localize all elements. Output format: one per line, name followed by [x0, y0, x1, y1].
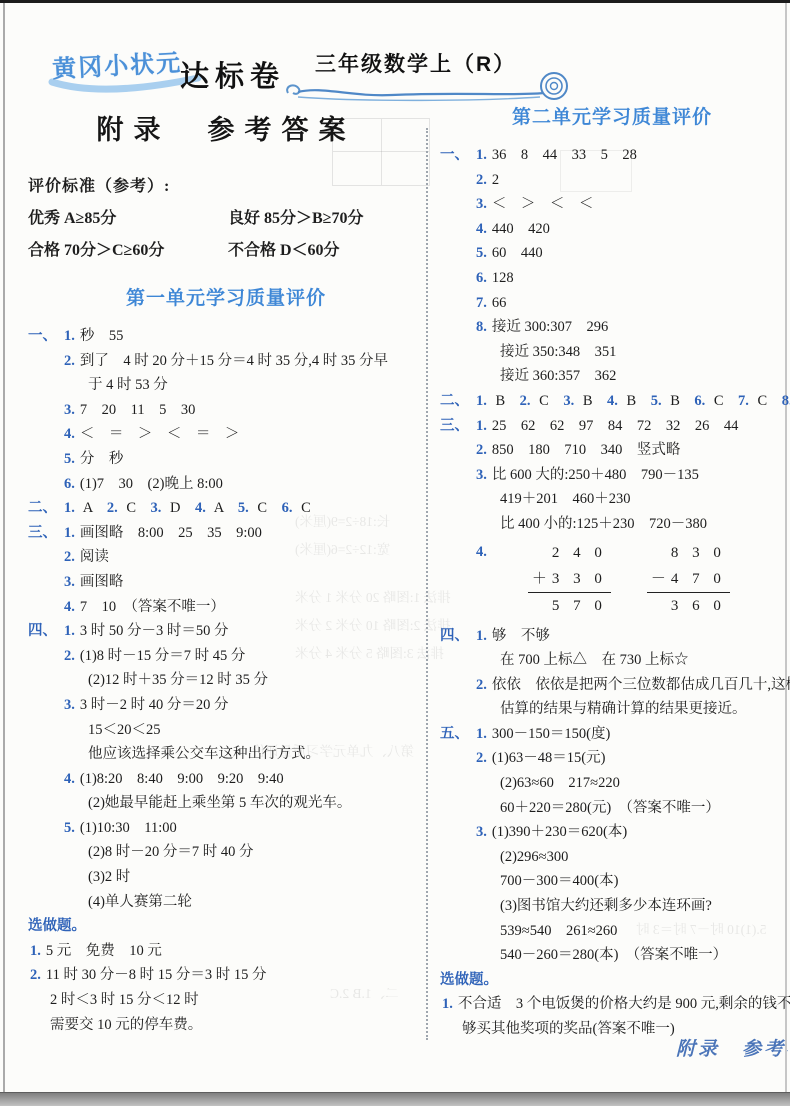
item-number: 1.	[476, 418, 492, 434]
answer-line: 估算的结果与精确计算的结果更接近。	[440, 697, 784, 722]
answer-line: 3.＜ ＞ ＜ ＜	[440, 192, 784, 217]
criteria-heading: 评价标准（参考）:	[28, 171, 424, 203]
item-number: 4.	[607, 393, 623, 409]
answer-text: 选做题。	[28, 918, 86, 934]
section-marker: 二、	[440, 389, 476, 414]
answer-line: 3.比 600 大的:250＋480 790－135	[440, 463, 784, 488]
item-number: 3.	[476, 196, 492, 212]
answer-text: (1)8:20 8:40 9:00 9:20 9:40	[80, 771, 284, 787]
item-number: 5.	[651, 393, 667, 409]
answer-text: 539≈540 261≈260	[500, 923, 617, 939]
arithmetic-operator-row: ＋3 3 0	[528, 566, 611, 593]
answer-worked-columns: 4.2 4 0＋3 3 05 7 08 3 0－4 7 03 6 0	[440, 540, 784, 619]
answer-text: 在 700 上标△ 在 730 上标☆	[500, 652, 689, 668]
answer-text: 2	[492, 172, 499, 188]
bleedthrough-text: 排法 3:图略 5 分米 4 分米	[295, 642, 444, 662]
answer-line: (2)63≈60 217≈220	[440, 771, 784, 796]
item-number: 2.	[476, 750, 492, 766]
unit2-heading: 第二单元学习质量评价	[440, 102, 784, 129]
answer-line: 2.(1)63－48＝15(元)	[440, 746, 784, 771]
item-number: 6.	[64, 476, 80, 492]
answer-line: 419＋201 460＋230	[440, 487, 784, 512]
section-marker: 三、	[28, 521, 64, 546]
answer-text: 128	[492, 270, 514, 286]
item-number: 2.	[64, 549, 80, 565]
unit2-answers: 一、1.36 8 44 33 5 282.23.＜ ＞ ＜ ＜4.440 420…	[440, 143, 784, 1042]
criteria-cell: 不合格 D＜60分	[228, 235, 340, 267]
section-marker: 五、	[440, 722, 476, 747]
answer-line: 4.＜ ＝ ＞ ＜ ＝ ＞	[28, 422, 424, 447]
answer-text: 不合适 3 个电饭煲的价格大约是 900 元,剩余的钱不	[458, 996, 790, 1012]
appendix-title: 附录 参考答案	[28, 108, 424, 147]
item-number: 5.	[64, 451, 80, 467]
item-number: 8.	[782, 393, 790, 409]
answer-line: 5.分 秒	[28, 447, 424, 472]
item-number: 4.	[64, 771, 80, 787]
item-number: 1.	[476, 726, 492, 742]
answer-text: A	[80, 500, 107, 516]
answer-line: 8.接近 300:307 296	[440, 315, 784, 340]
item-number: 1.	[476, 628, 492, 644]
arithmetic-operator-row: －4 7 0	[647, 566, 730, 593]
answer-text: (2)296≈300	[500, 849, 568, 865]
answer-text: B	[623, 393, 651, 409]
item-number: 1.	[64, 525, 80, 541]
answer-text: (4)单人赛第二轮	[88, 894, 192, 910]
item-number: 1.	[64, 500, 80, 516]
item-number: 2.	[520, 393, 536, 409]
answer-text: 3 时 50 分－3 时＝50 分	[80, 623, 229, 639]
item-number: 1.	[64, 623, 80, 639]
answer-page: 黄冈小状元 达标卷 三年级数学上（R） 附录 参考答案 评价标准（参考）: 优秀…	[0, 0, 790, 1106]
answer-text: B	[492, 393, 520, 409]
answer-text: 到了 4 时 20 分＋15 分＝4 时 35 分,4 时 35 分早	[80, 353, 388, 369]
answer-text: ＜ ＞ ＜ ＜	[492, 196, 594, 212]
answer-text: C	[536, 393, 564, 409]
answer-text: 够买其他奖项的奖品(答案不唯一)	[462, 1021, 675, 1037]
bleedthrough-text: 宽:12÷2=6(厘米)	[295, 538, 390, 558]
item-number: 2.	[64, 353, 80, 369]
item-number: 4.	[476, 540, 492, 619]
bleedthrough-text: 排法 2:图略 10 分米 2 分米	[295, 614, 451, 634]
answer-text: 419＋201 460＋230	[500, 491, 631, 507]
item-number: 5.	[64, 820, 80, 836]
answer-line: (2)12 时＋35 分＝12 时 35 分	[28, 668, 424, 693]
answer-line: 比 400 小的:125＋230 720－380	[440, 512, 784, 537]
item-number: 3.	[563, 393, 579, 409]
section-marker: 二、	[28, 496, 64, 521]
answer-text: 15＜20＜25	[88, 722, 161, 738]
answer-text: 接近 350:348 351	[500, 344, 616, 360]
answer-text: (1)390＋230＝620(本)	[492, 824, 627, 840]
answer-text: 25 62 62 97 84 72 32 26 44	[492, 418, 739, 434]
section-marker: 三、	[440, 414, 476, 439]
scan-edge-right	[785, 3, 787, 1093]
bleedthrough-text: 第八、九单元学习质量评价	[252, 740, 414, 760]
item-number: 2.	[476, 172, 492, 188]
answer-text: 够 不够	[492, 628, 550, 644]
arithmetic-result: 3 6 0	[647, 593, 730, 619]
unit1-heading: 第一单元学习质量评价	[28, 283, 424, 310]
answer-line: 4.(1)8:20 8:40 9:00 9:20 9:40	[28, 767, 424, 792]
answer-line: 2.2	[440, 168, 784, 193]
criteria-cell: 合格 70分＞C≥60分	[28, 235, 224, 267]
item-number: 2.	[30, 967, 46, 983]
arithmetic-result: 5 7 0	[528, 593, 611, 619]
scan-edge-top	[0, 0, 790, 3]
answer-line: 1.5 元 免费 10 元	[28, 939, 424, 964]
item-number: 6.	[476, 270, 492, 286]
answer-text: 60＋220＝280(元) （答案不唯一）	[500, 800, 720, 816]
answer-line: 5.60 440	[440, 241, 784, 266]
optional-section-heading: 选做题。	[440, 968, 784, 993]
answer-text: 60 440	[492, 245, 543, 261]
answer-line: 3.3 时－2 时 40 分＝20 分	[28, 693, 424, 718]
criteria-row: 合格 70分＞C≥60分 不合格 D＜60分	[28, 235, 424, 267]
answer-text: B	[579, 393, 607, 409]
answer-text: ＜ ＝ ＞ ＜ ＝ ＞	[80, 426, 240, 442]
answer-line: 3.7 20 11 5 30	[28, 398, 424, 423]
answer-line: 4.440 420	[440, 217, 784, 242]
item-number: 3.	[476, 824, 492, 840]
answer-text: C	[754, 393, 782, 409]
answer-text: (1)10:30 11:00	[80, 820, 177, 836]
answer-line: 7.66	[440, 291, 784, 316]
answer-text: 比 400 小的:125＋230 720－380	[500, 516, 707, 532]
item-number: 4.	[64, 599, 80, 615]
answer-line: 6.(1)7 30 (2)晚上 8:00	[28, 472, 424, 497]
item-number: 3.	[64, 574, 80, 590]
grading-criteria: 评价标准（参考）: 优秀 A≥85分 良好 85分＞B≥70分 合格 70分＞C…	[28, 171, 424, 267]
section-marker: 一、	[440, 143, 476, 168]
item-number: 1.	[442, 996, 458, 1012]
answer-line: 接近 350:348 351	[440, 340, 784, 365]
scan-edge-left	[3, 3, 5, 1093]
answer-line: 5.(1)10:30 11:00	[28, 816, 424, 841]
bleedthrough-text: 二、1.B 2.C	[330, 982, 399, 1002]
answer-line: 3.(1)390＋230＝620(本)	[440, 820, 784, 845]
item-number: 3.	[476, 467, 492, 483]
brand-series-title: 达标卷	[180, 54, 285, 95]
item-number: 2.	[64, 648, 80, 664]
answer-text: (1)7 30 (2)晚上 8:00	[80, 476, 223, 492]
item-number: 3.	[64, 697, 80, 713]
answer-text: (3)图书馆大约还剩多少本连环画?	[500, 898, 712, 914]
answer-line: (2)8 时－20 分＝7 时 40 分	[28, 840, 424, 865]
answer-line: (2)她最早能赶上乘坐第 5 车次的观光车。	[28, 791, 424, 816]
item-number: 1.	[476, 147, 492, 163]
answer-line: 15＜20＜25	[28, 718, 424, 743]
answer-line: 2.依依 依依是把两个三位数都估成几百几十,这样	[440, 673, 784, 698]
brand-logo: 黄冈小状元	[51, 43, 183, 85]
answer-line: (4)单人赛第二轮	[28, 890, 424, 915]
bleedthrough-text: 5.(1)10 时－7 时＝3 时	[636, 918, 767, 938]
answer-line: 五、1.300－150＝150(度)	[440, 722, 784, 747]
item-number: 5.	[476, 245, 492, 261]
answer-line: 一、1.36 8 44 33 5 28	[440, 143, 784, 168]
item-number: 6.	[694, 393, 710, 409]
item-number: 4.	[476, 221, 492, 237]
answer-text: 300－150＝150(度)	[492, 726, 610, 742]
book-edition-title: 三年级数学上（R）	[315, 48, 516, 78]
item-number: 4.	[195, 500, 211, 516]
item-number: 3.	[151, 500, 167, 516]
answer-line: 2.到了 4 时 20 分＋15 分＝4 时 35 分,4 时 35 分早	[28, 349, 424, 374]
item-number: 1.	[30, 943, 46, 959]
answer-line: 三、1.25 62 62 97 84 72 32 26 44	[440, 414, 784, 439]
item-number: 2.	[476, 442, 492, 458]
section-marker: 一、	[28, 324, 64, 349]
column-arithmetic: 2 4 0＋3 3 05 7 0	[528, 540, 611, 619]
right-column: 第二单元学习质量评价 一、1.36 8 44 33 5 282.23.＜ ＞ ＜…	[432, 100, 784, 1090]
answer-line: (3)图书馆大约还剩多少本连环画?	[440, 894, 784, 919]
answer-line: 在 700 上标△ 在 730 上标☆	[440, 648, 784, 673]
answer-text: 2 时＜3 时 15 分＜12 时	[50, 992, 199, 1008]
answer-text: 比 600 大的:250＋480 790－135	[492, 467, 699, 483]
item-number: 1.	[64, 328, 80, 344]
answer-text: 5 元 免费 10 元	[46, 943, 162, 959]
item-number: 5.	[238, 500, 254, 516]
answer-text: C	[710, 393, 738, 409]
answer-text: (1)63－48＝15(元)	[492, 750, 606, 766]
criteria-cell: 优秀 A≥85分	[28, 203, 224, 235]
item-number: 8.	[476, 319, 492, 335]
criteria-row: 优秀 A≥85分 良好 85分＞B≥70分	[28, 203, 424, 235]
answer-text: (2)8 时－20 分＝7 时 40 分	[88, 844, 254, 860]
answer-text: 700－300＝400(本)	[500, 873, 618, 889]
answer-line: 于 4 时 53 分	[28, 373, 424, 398]
answer-line: 2.850 180 710 340 竖式略	[440, 438, 784, 463]
criteria-cell: 良好 85分＞B≥70分	[228, 203, 363, 235]
answer-text: 分 秒	[80, 451, 124, 467]
answer-text: 66	[492, 295, 507, 311]
answer-text: 阅读	[80, 549, 109, 565]
item-number: 3.	[64, 402, 80, 418]
answer-line: 接近 360:357 362	[440, 364, 784, 389]
answer-line: 6.128	[440, 266, 784, 291]
answer-text: 估算的结果与精确计算的结果更接近。	[500, 701, 747, 717]
answer-text: B	[667, 393, 695, 409]
item-number: 1.	[476, 393, 492, 409]
answer-text: 秒 55	[80, 328, 124, 344]
answer-text: 36 8 44 33 5 28	[492, 147, 637, 163]
answer-text: A	[211, 500, 238, 516]
answer-text: 接近 300:307 296	[492, 319, 608, 335]
optional-section-heading: 选做题。	[28, 914, 424, 939]
item-number: 7.	[476, 295, 492, 311]
answer-text: 接近 360:357 362	[500, 368, 616, 384]
arithmetic-operand: 2 4 0	[528, 540, 611, 566]
bleedthrough-text: 排法 1:图略 20 分米 1 分米	[295, 586, 451, 606]
answer-text: 7 10 （答案不唯一）	[80, 599, 225, 615]
scan-edge-bottom	[0, 1092, 790, 1106]
answer-text: 3 时－2 时 40 分＝20 分	[80, 697, 229, 713]
item-number: 7.	[738, 393, 754, 409]
answer-text: D	[166, 500, 195, 516]
item-number: 4.	[64, 426, 80, 442]
column-divider	[426, 128, 428, 1040]
item-number: 2.	[107, 500, 123, 516]
answer-line: 1.不合适 3 个电饭煲的价格大约是 900 元,剩余的钱不	[440, 992, 784, 1017]
answer-line: 二、1. B 2. C 3. B 4. B 5. B 6. C 7. C 8. …	[440, 389, 784, 414]
answer-text: (3)2 时	[88, 869, 130, 885]
answer-text: (1)8 时－15 分＝7 时 45 分	[80, 648, 246, 664]
arithmetic-operand: 8 3 0	[647, 540, 730, 566]
answer-line: (3)2 时	[28, 865, 424, 890]
answer-text: 画图略	[80, 574, 124, 590]
column-arithmetic: 8 3 0－4 7 03 6 0	[647, 540, 730, 619]
answer-text: (2)12 时＋35 分＝12 时 35 分	[88, 672, 268, 688]
section-marker: 四、	[28, 619, 64, 644]
answer-text: 7 20 11 5 30	[80, 402, 195, 418]
answer-text: C	[254, 500, 282, 516]
answer-text: 540－260＝280(本) （答案不唯一）	[500, 947, 727, 963]
answer-text: 需要交 10 元的停车费。	[50, 1017, 202, 1033]
answer-text: (2)63≈60 217≈220	[500, 775, 620, 791]
unit1-answers: 一、1.秒 552.到了 4 时 20 分＋15 分＝4 时 35 分,4 时 …	[28, 324, 424, 1037]
bleedthrough-text: 长:18÷2=9(厘米)	[295, 510, 390, 530]
answer-text: 于 4 时 53 分	[88, 377, 168, 393]
answer-text: 850 180 710 340 竖式略	[492, 442, 681, 458]
answer-text: 选做题。	[440, 972, 498, 988]
answer-line: 需要交 10 元的停车费。	[28, 1013, 424, 1038]
page-footer-tab: 附录 参考答案	[676, 1034, 788, 1061]
answer-text: C	[123, 500, 151, 516]
answer-line: 四、1.够 不够	[440, 624, 784, 649]
answer-text: 画图略 8:00 25 35 9:00	[80, 525, 262, 541]
answer-line: 60＋220＝280(元) （答案不唯一）	[440, 796, 784, 821]
answer-text: (2)她最早能赶上乘坐第 5 车次的观光车。	[88, 795, 351, 811]
answer-line: 540－260＝280(本) （答案不唯一）	[440, 943, 784, 968]
answer-text: 依依 依依是把两个三位数都估成几百几十,这样	[492, 677, 790, 693]
answer-line: (2)296≈300	[440, 845, 784, 870]
answer-line: 一、1.秒 55	[28, 324, 424, 349]
answer-text: 11 时 30 分－8 时 15 分＝3 时 15 分	[46, 967, 267, 983]
answer-text: 440 420	[492, 221, 550, 237]
item-number: 2.	[476, 677, 492, 693]
answer-line: 700－300＝400(本)	[440, 869, 784, 894]
